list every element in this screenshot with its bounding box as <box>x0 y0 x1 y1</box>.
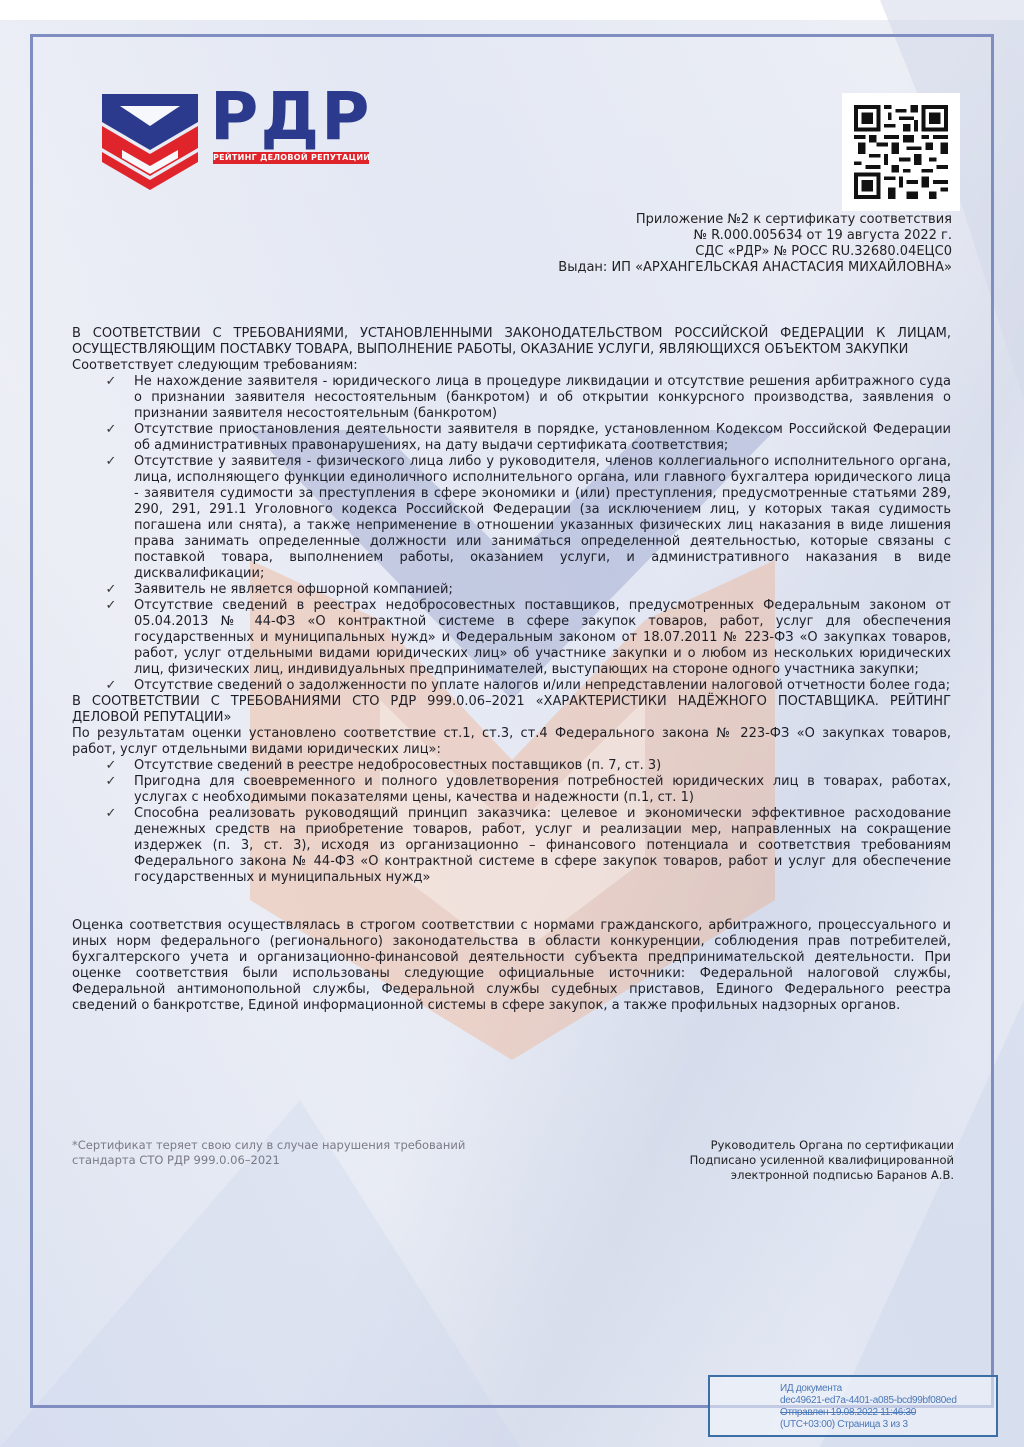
issued-to: Выдан: ИП «АРХАНГЕЛЬСКАЯ АНАСТАСИЯ МИХАЙ… <box>558 260 952 276</box>
certificate-info: Приложение №2 к сертификату соответствия… <box>558 212 952 276</box>
document-body: В СООТВЕТСТВИИ С ТРЕБОВАНИЯМИ, УСТАНОВЛЕ… <box>72 326 951 1014</box>
section2-heading: В СООТВЕТСТВИИ С ТРЕБОВАНИЯМИ СТО РДР 99… <box>72 694 951 726</box>
signature-block: Руководитель Органа по сертификации Подп… <box>690 1138 954 1183</box>
qr-code-icon <box>854 103 948 201</box>
section2-requirements: ✓Отсутствие сведений в реестре недобросо… <box>72 758 951 886</box>
stamp-label: ИД документа <box>780 1383 957 1395</box>
check-icon: ✓ <box>104 758 118 774</box>
check-icon: ✓ <box>104 582 118 598</box>
certificate-number: № R.000.005634 от 19 августа 2022 г. <box>558 228 952 244</box>
list-item: ✓Отсутствие сведений о задолженности по … <box>134 678 951 694</box>
assessment-paragraph: Оценка соответствия осуществлялась в стр… <box>72 918 951 1014</box>
qr-code <box>842 93 960 211</box>
check-icon: ✓ <box>104 806 118 822</box>
sent-timestamp: Отправлен 19.08.2022 11:46:30 <box>780 1407 957 1419</box>
check-icon: ✓ <box>104 598 118 614</box>
rdr-logo: РДР РЕЙТИНГ ДЕЛОВОЙ РЕПУТАЦИИ <box>100 92 375 192</box>
check-icon: ✓ <box>104 422 118 438</box>
check-icon: ✓ <box>104 678 118 694</box>
list-item: ✓Отсутствие приостановления деятельности… <box>134 422 951 454</box>
logo-wordmark: РДР <box>210 84 372 150</box>
shield-logo-icon <box>100 92 200 192</box>
section1-requirements: ✓Не нахождение заявителя - юридического … <box>72 374 951 694</box>
list-item: ✓Не нахождение заявителя - юридического … <box>134 374 951 422</box>
list-item: ✓Отсутствие сведений в реестрах недоброс… <box>134 598 951 678</box>
section1-heading: В СООТВЕТСТВИИ С ТРЕБОВАНИЯМИ, УСТАНОВЛЕ… <box>72 326 951 358</box>
check-icon: ✓ <box>104 774 118 790</box>
document-id: dec49621-ed7a-4401-a085-bcd99bf080ed <box>780 1395 957 1407</box>
logo-tagline: РЕЙТИНГ ДЕЛОВОЙ РЕПУТАЦИИ <box>213 152 369 164</box>
list-item: ✓Отсутствие сведений в реестре недобросо… <box>134 758 951 774</box>
list-item: ✓Отсутствие у заявителя - физического ли… <box>134 454 951 582</box>
appendix-line: Приложение №2 к сертификату соответствия <box>558 212 952 228</box>
list-item: ✓Заявитель не является офшорной компание… <box>134 582 951 598</box>
section2-intro: По результатам оценки установлено соотве… <box>72 726 951 758</box>
list-item: ✓Пригодна для своевременного и полного у… <box>134 774 951 806</box>
check-icon: ✓ <box>104 374 118 390</box>
registry-number: СДС «РДР» № РОСС RU.32680.04ЕЦС0 <box>558 244 952 260</box>
check-icon: ✓ <box>104 454 118 470</box>
validity-note: *Сертификат теряет свою силу в случае на… <box>72 1138 512 1168</box>
section1-intro: Соответствует следующим требованиям: <box>72 358 951 374</box>
document-id-stamp: ИД документа dec49621-ed7a-4401-a085-bcd… <box>708 1375 998 1437</box>
page-info: (UTC+03:00) Страница 3 из 3 <box>780 1419 957 1431</box>
list-item: ✓Способна реализовать руководящий принци… <box>134 806 951 886</box>
